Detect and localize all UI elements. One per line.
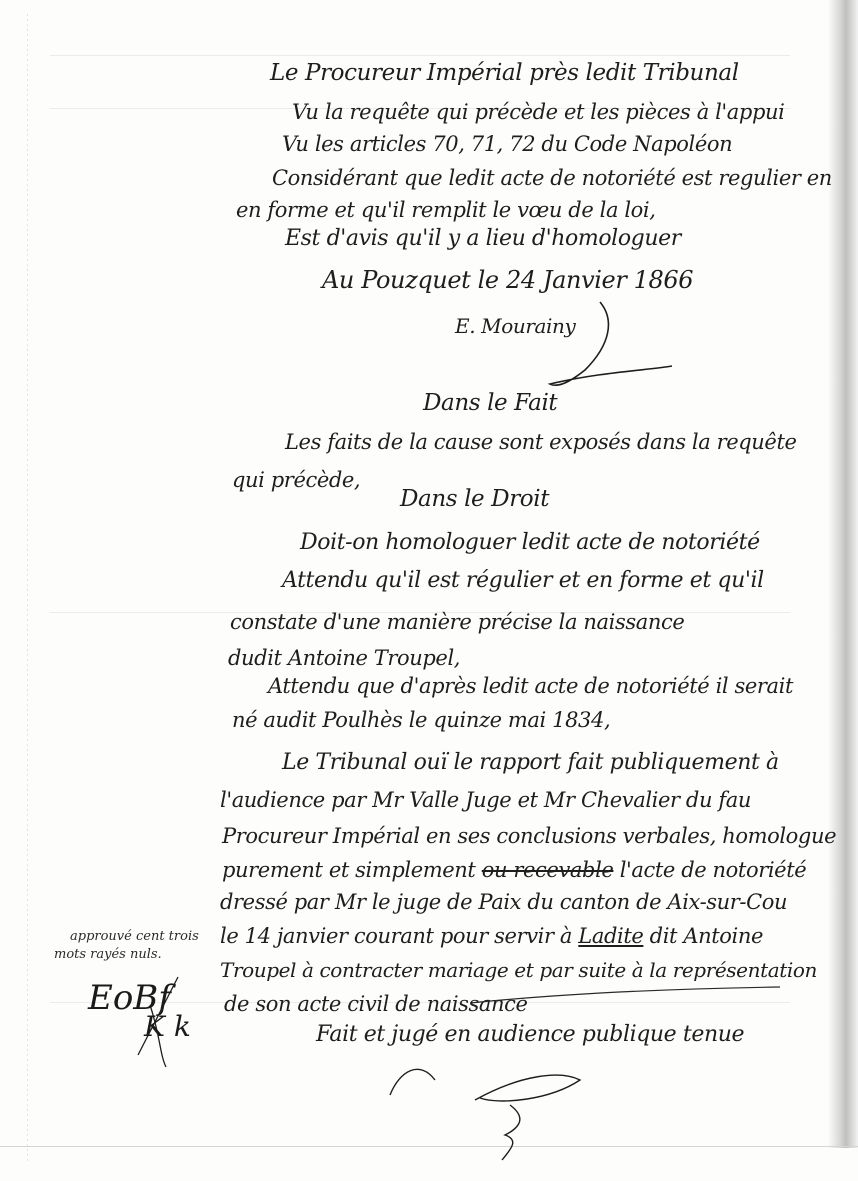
attendu-1-line-2: constate d'une manière précise la naissa… [230,612,684,633]
judgment-line-4: purement et simplement ou recevable l'ac… [222,860,806,881]
struck-out-words: ou recevable [482,858,614,882]
opinion-line-3: Vu les articles 70, 71, 72 du Code Napol… [282,134,732,155]
judgment-line-4-end: l'acte de notoriété [620,858,807,882]
facts-line-1: Les faits de la cause sont exposés dans … [285,432,797,453]
facts-line-2: qui précède, [232,470,360,491]
signature-flourish-icon [540,300,680,390]
margin-note-line-2: mots rayés nuls. [54,946,162,964]
judgment-line-1: Le Tribunal ouï le rapport fait publique… [282,752,779,774]
attendu-1-line-3: dudit Antoine Troupel, [228,648,460,669]
margin-note-line-1: approuvé cent trois [70,928,199,946]
closing-flourish-icon [380,1050,600,1180]
ruled-guide [50,55,790,56]
judgment-line-6: le 14 janvier courant pour servir à Ladi… [220,926,763,947]
judgment-line-6-start: le 14 janvier courant pour servir à [220,924,572,948]
opinion-line-1: Le Procureur Impérial près ledit Tribuna… [270,62,739,85]
judgment-line-4-start: purement et simplement [222,858,475,882]
document-page: Le Procureur Impérial près ledit Tribuna… [0,0,858,1181]
line-filler-stroke-icon [470,985,790,1015]
judgment-line-3: Procureur Impérial en ses conclusions ve… [222,826,836,847]
law-heading: Dans le Droit [400,488,549,511]
attendu-1-line-1: Attendu qu'il est régulier et en forme e… [282,570,764,592]
underlined-word: Ladite [578,924,643,948]
facts-heading: Dans le Fait [423,392,557,415]
page-edge-shadow [828,0,858,1148]
opinion-line-4: Considérant que ledit acte de notoriété … [272,168,832,189]
margin-rule [27,14,28,1164]
judgment-line-6-end: dit Antoine [650,924,763,948]
judgment-line-7: Troupel à contracter mariage et par suit… [220,960,817,980]
judgment-line-2: l'audience par Mr Valle Juge et Mr Cheva… [220,790,751,811]
opinion-date-line: Au Pouzquet le 24 Janvier 1866 [322,268,693,292]
closing-line: Fait et jugé en audience publique tenue [316,1024,744,1046]
opinion-line-6: Est d'avis qu'il y a lieu d'homologuer [285,228,681,250]
opinion-line-5: en forme et qu'il remplit le vœu de la l… [236,200,656,221]
attendu-2-line-1: Attendu que d'après ledit acte de notori… [268,676,793,697]
judgment-line-5: dressé par Mr le juge de Paix du canton … [220,892,787,913]
opinion-line-2: Vu la requête qui précède et les pièces … [292,102,784,123]
law-question: Doit-on homologuer ledit acte de notorié… [300,532,760,554]
initials-stroke-icon [130,975,190,1070]
attendu-2-line-2: né audit Poulhès le quinze mai 1834, [232,710,610,731]
